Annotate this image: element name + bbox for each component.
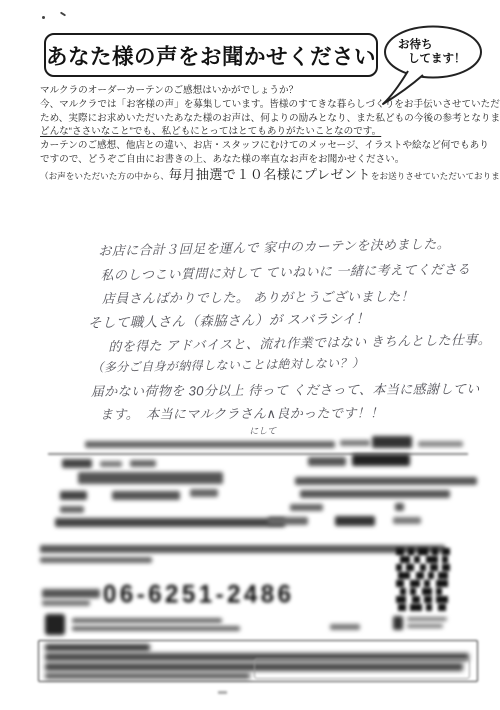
pen-mark — [218, 691, 227, 694]
handwritten-insertion: にして — [249, 424, 276, 437]
mobile-icon — [393, 616, 403, 630]
redacted-text — [55, 518, 285, 527]
redacted-phone-label — [42, 589, 100, 598]
redacted-phone-label — [42, 600, 90, 606]
redacted-text — [100, 461, 122, 467]
redacted-text — [418, 441, 463, 447]
redacted-text — [130, 460, 156, 467]
redacted-text — [335, 516, 375, 526]
logo-stamp-icon — [45, 614, 65, 635]
redacted-smallprint — [72, 626, 240, 631]
redacted-smallprint — [330, 624, 360, 630]
redacted-text — [60, 506, 84, 513]
handwritten-line: 届かない荷物を 30分以上 待って くださって、本当に感謝してい — [91, 378, 480, 400]
redacted-field-label — [60, 491, 87, 500]
handwritten-line: 的を得た アドバイスと、流れ作業ではない きちんとした仕事。 — [108, 329, 491, 355]
redacted-paragraph — [40, 545, 445, 553]
handwritten-comment: お店に合計３回足を運んで 家中のカーテンを決めました。 私のしつこい質問に対して… — [0, 0, 500, 443]
handwritten-line: そして職人さん（森脇さん）が スバラシイ！ — [88, 307, 370, 331]
redacted-notice-title — [45, 644, 150, 651]
redacted-text — [112, 491, 180, 500]
redacted-handwriting — [78, 472, 223, 484]
redacted-field-label — [62, 459, 92, 468]
qr-code — [396, 548, 450, 616]
redacted-smallprint — [72, 618, 222, 623]
redacted-smallprint — [407, 617, 447, 621]
redacted-text — [290, 504, 323, 511]
redacted-field-label — [308, 457, 346, 466]
redacted-text — [395, 503, 404, 511]
redacted-paragraph — [40, 557, 152, 563]
handwritten-line: ます。 本当にマルクラさん∧良かったです！！ — [100, 402, 384, 422]
redacted-text — [340, 440, 370, 446]
handwritten-line: （多分ご自身が納得しないことは絶対しない？） — [91, 354, 364, 376]
notice-box — [38, 640, 478, 682]
redacted-text — [190, 489, 218, 497]
redacted-smallprint — [407, 624, 443, 628]
scanned-feedback-form: あなた様の声をお聞かせください お待ち してます！ マルクラのオーダーカーテンの… — [0, 0, 500, 710]
redacted-text — [393, 517, 421, 524]
notice-inner-frame — [254, 658, 470, 679]
phone-number: 06-6251-2486 — [103, 580, 294, 609]
redacted-notice-text — [45, 673, 250, 679]
redacted-text — [295, 477, 477, 485]
redacted-name — [352, 454, 410, 466]
redacted-text — [268, 517, 308, 525]
redacted-text — [300, 490, 450, 498]
handwritten-line: 店員さんばかりでした。 ありがとうございました！ — [102, 286, 414, 307]
handwritten-line: 私のしつこい質問に対して ていねいに 一緒に考えてくださる — [100, 258, 470, 283]
redacted-text — [85, 441, 335, 448]
handwritten-line: お店に合計３回足を運んで 家中のカーテンを決めました。 — [98, 233, 450, 259]
redacted-text — [372, 436, 412, 448]
